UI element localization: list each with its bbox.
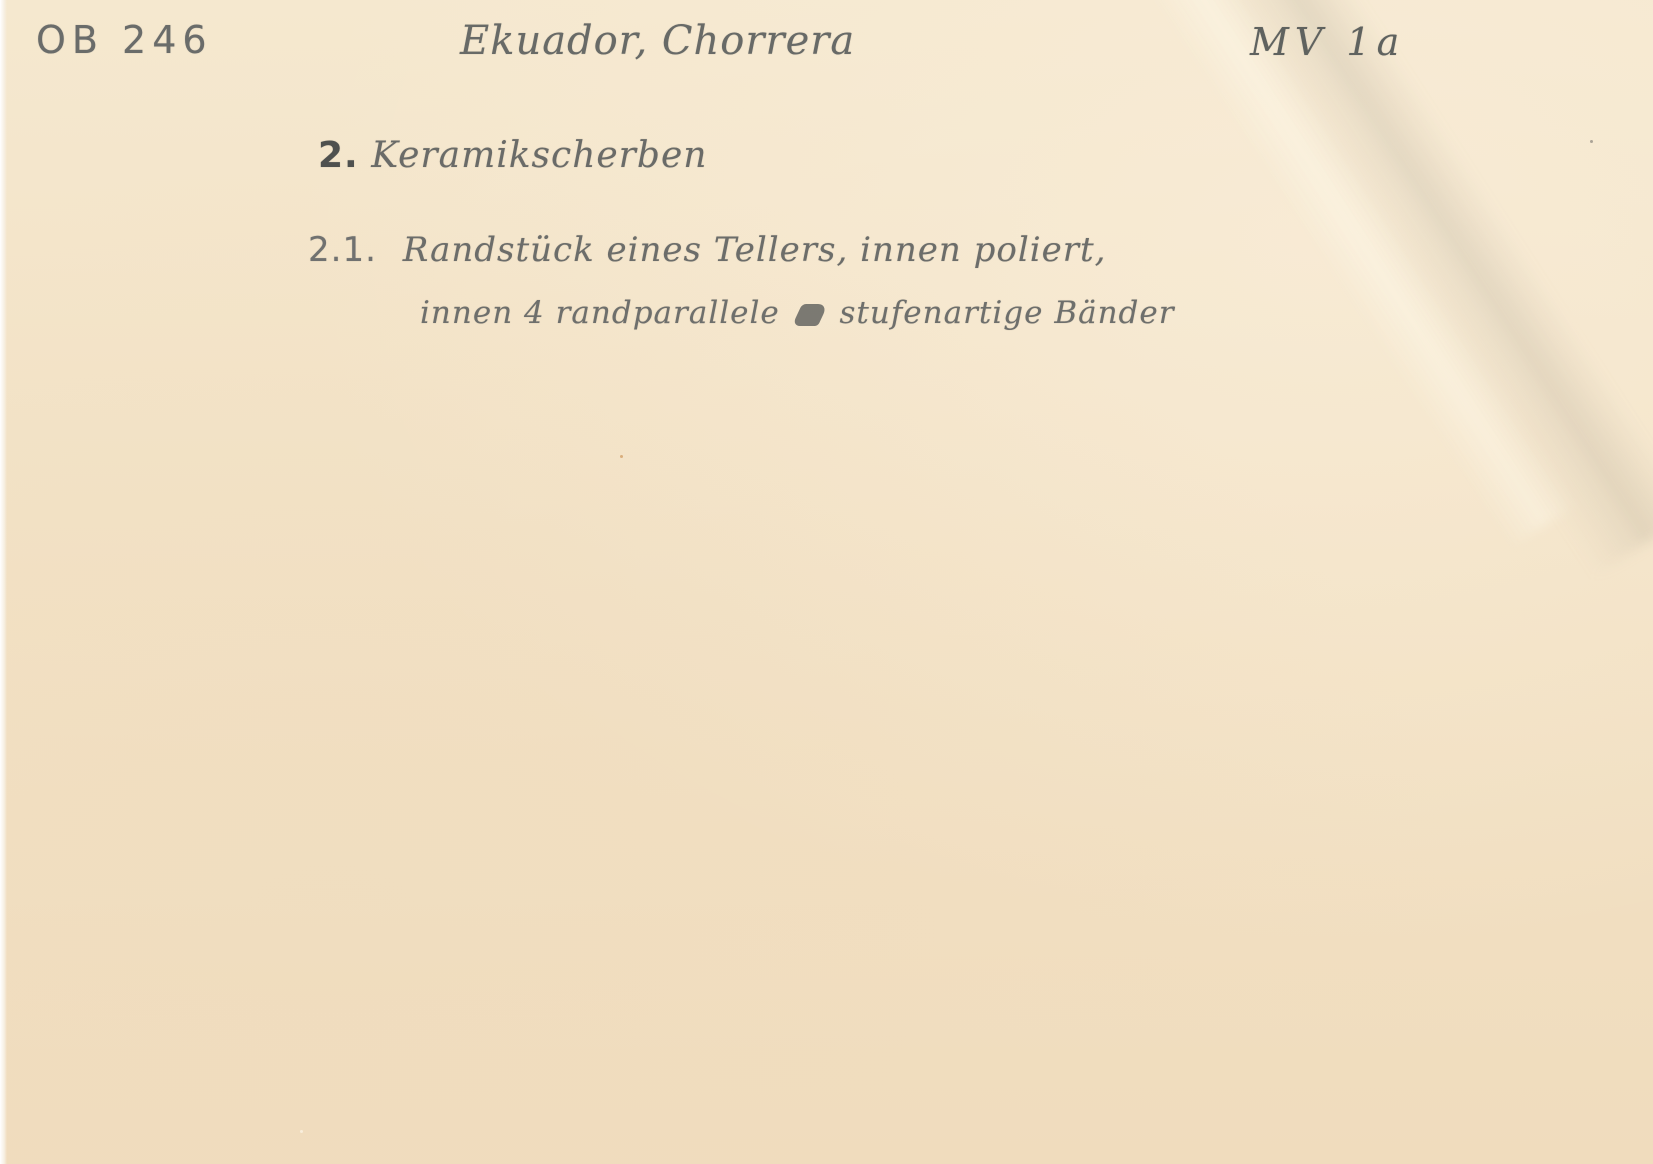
index-card: OB 246 Ekuador, Chorrera MV 1a 2. Kerami… <box>0 0 1653 1164</box>
card-left-edge <box>0 0 7 1164</box>
catalog-number: MV 1a <box>1250 20 1405 64</box>
location-label: Ekuador, Chorrera <box>460 18 855 64</box>
item-text-line-2a: innen 4 randparallele <box>420 295 780 331</box>
item-text-line-1: Randstück eines Tellers, innen poliert, <box>403 230 1107 270</box>
paper-speck <box>300 1130 303 1133</box>
item-description-line-2: innen 4 randparallele stufenartige Bände… <box>420 295 1175 331</box>
crossed-out-mark <box>791 304 827 326</box>
item-number: 2.1. <box>308 230 377 270</box>
section-heading: 2. Keramikscherben <box>318 135 707 176</box>
section-number: 2. <box>318 135 359 176</box>
paper-speck <box>1590 140 1593 143</box>
reference-code: OB 246 <box>36 18 213 62</box>
section-title: Keramikscherben <box>371 135 707 176</box>
item-description-line-1: 2.1. Randstück eines Tellers, innen poli… <box>308 230 1106 270</box>
paper-speck <box>620 455 623 458</box>
item-text-line-2b: stufenartige Bänder <box>839 295 1174 331</box>
